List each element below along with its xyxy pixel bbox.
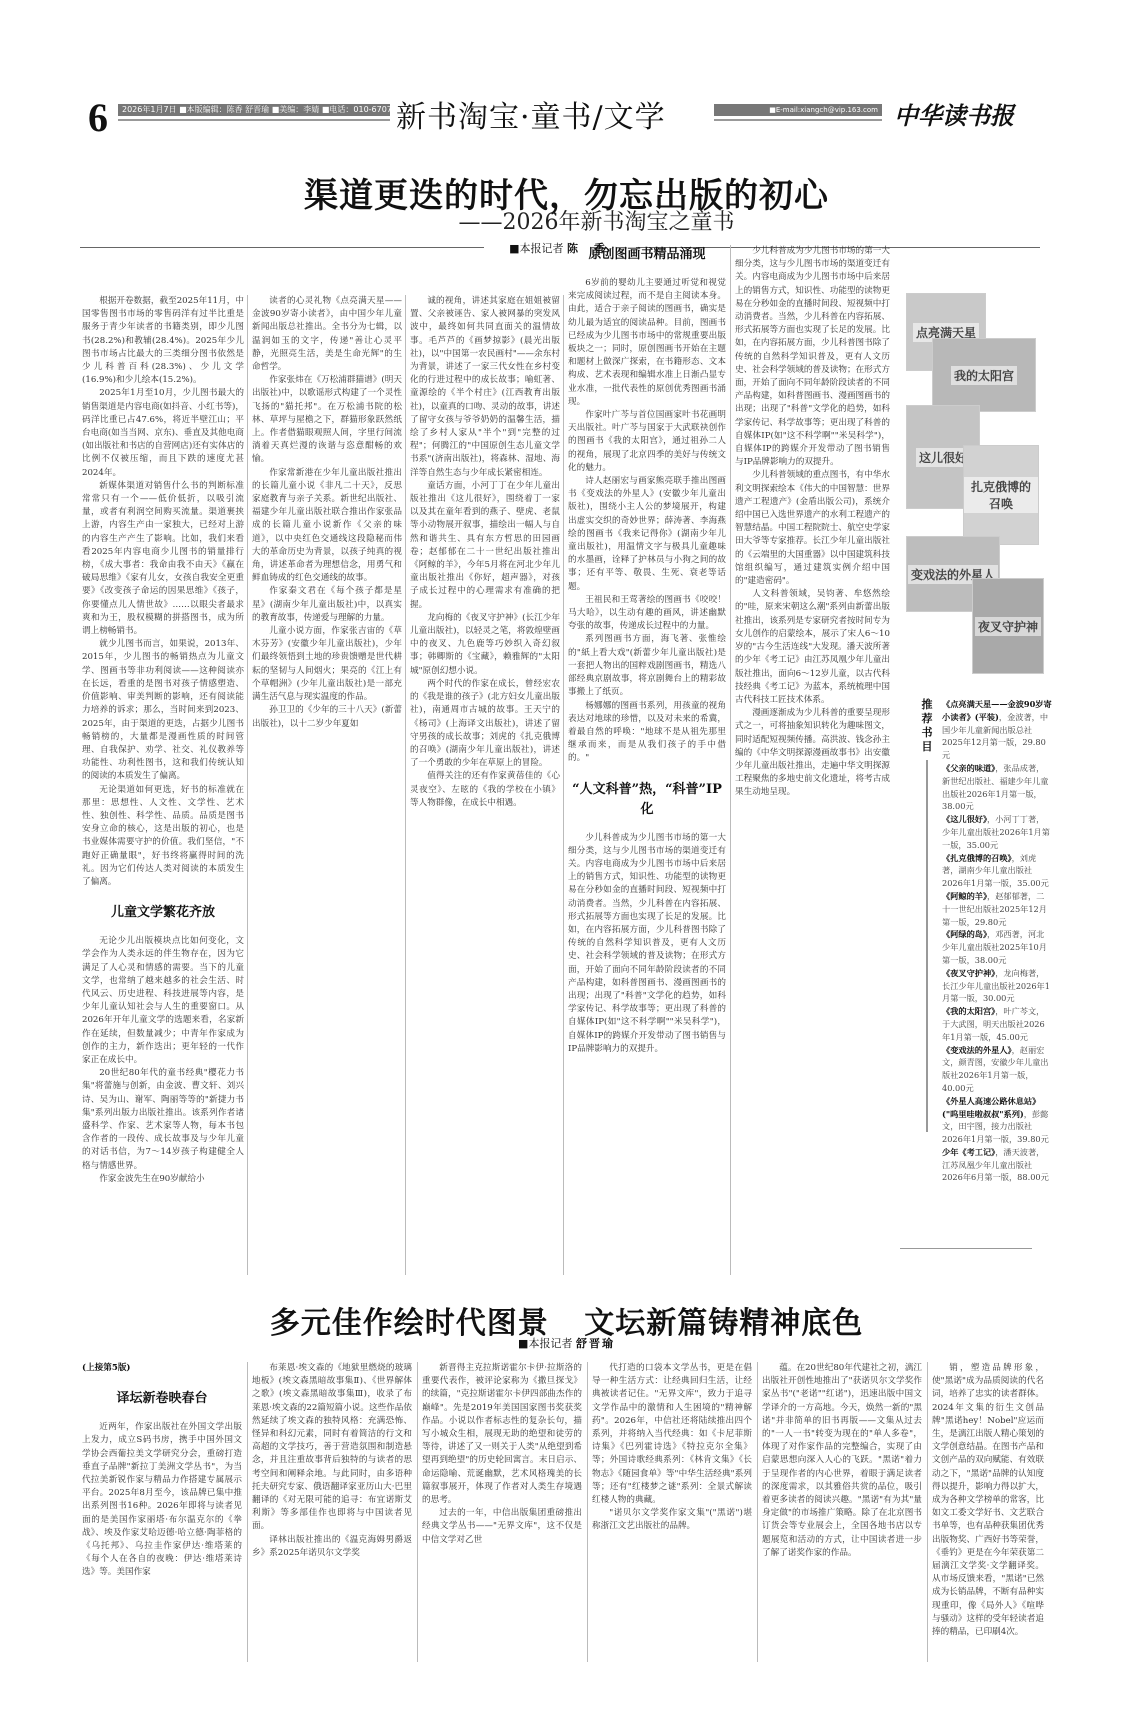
paragraph: 孙卫卫的《少年的三十八天》(新蕾出版社)，以十二岁少年夏如 bbox=[252, 704, 402, 730]
masthead: 6 2026年1月7日 ■本版编辑：陈香 舒晋瑜 ■美编：李婧 ■电话：010-… bbox=[88, 92, 1048, 138]
paragraph: 蕴。在20世纪80年代建社之初，漓江出版社开创性地推出了"获诺贝尔文学奖作家丛书… bbox=[762, 1362, 922, 1560]
paragraph: 少儿科普领域的重点图书，有中华水利文明探索绘本《伟大的中国智慧：世界遗产工程遗产… bbox=[735, 469, 890, 588]
paragraph: 读者的心灵礼物《点亮满天星——金波90岁寄小读者》，由中国少年儿童新闻出版总社推… bbox=[252, 295, 402, 374]
section-heading: 译坛新卷映春台 bbox=[82, 1389, 242, 1409]
article1-column-4: 原创图画书精品涌现 6岁前的婴幼儿主要通过听觉和视觉来完成阅读过程，而不是自主阅… bbox=[568, 245, 726, 1275]
paragraph: 作家金波先生在90岁献给小 bbox=[82, 1173, 244, 1186]
paragraph: 诚的视角，讲述其家庭在姐姐被留置、父亲被诬告、家人被网暴的突发风波中，最终如何共… bbox=[410, 295, 560, 480]
column-divider bbox=[927, 1362, 928, 1662]
paragraph: 代打造的口袋本文学丛书，更是在倡导一种生活方式：让经典回归生活，让经典被读者记住… bbox=[592, 1362, 752, 1507]
column-divider bbox=[730, 245, 731, 1275]
list-item: 《阿鲸的羊》，赵郁郁著，二十一世纪出版社2025年12月第一版，29.80元 bbox=[942, 890, 1052, 928]
column-divider bbox=[417, 1362, 418, 1662]
list-item: 《外星人高速公路休息站》("呜里哇啦叔叔"系列)，彭懿文，田宇图，接力出版社20… bbox=[942, 1095, 1052, 1146]
book-cover-image: 扎克俄博的召唤 bbox=[963, 445, 1039, 545]
continued-note: (上接第5版) bbox=[82, 1362, 242, 1375]
column-divider bbox=[757, 1362, 758, 1662]
book-cover-image: 夜叉守护神 bbox=[972, 578, 1044, 674]
article2-column-1: (上接第5版) 译坛新卷映春台 近两年，作家出版社在外国文学出版上发力，成立S码… bbox=[82, 1362, 242, 1662]
issue-info-bar: 2026年1月7日 ■本版编辑：陈香 舒晋瑜 ■美编：李婧 ■电话：010-67… bbox=[118, 104, 390, 116]
list-item: 《点亮满天星——金波90岁寄小读者》(平装)，金波著，中国少年儿童新闻出版总社2… bbox=[942, 698, 1052, 762]
article1-column-2: 读者的心灵礼物《点亮满天星——金波90岁寄小读者》，由中国少年儿童新闻出版总社推… bbox=[252, 295, 402, 1275]
column-divider bbox=[247, 295, 248, 1275]
paragraph: 两个时代的作家在成长，曾经宏农的《我是谁的孩子》(北方妇女儿童出版社)，南通周市… bbox=[410, 678, 560, 770]
paragraph: 新媒体渠道对销售什么书的判断标准常常只有一个——低价低折，以吸引流量，或者有利润… bbox=[82, 480, 244, 638]
paragraph: 龙向梅的《夜叉守护神》(长江少年儿童出版社)，以轻灵之笔，将敦煌壁画中的夜叉、九… bbox=[410, 612, 560, 678]
section-heading: “人文科普”热，“科普”IP化 bbox=[568, 780, 726, 820]
paragraph: 儿童小说方面，作家张吉宙的《草木芬芳》(安徽少年儿童出版社)，少年们最终领悟到土… bbox=[252, 625, 402, 704]
paragraph: 过去的一年，中信出版集团重磅推出经典文学丛书——"无界文库"，这不仅是中信文学对… bbox=[422, 1507, 582, 1547]
paragraph: 王祖民和王莺著绘的图画书《咬咬！马大哈》，以生动有趣的画风，讲述幽默夸张的故事，… bbox=[568, 594, 726, 634]
article2-byline: ■本报记者 舒晋瑜 bbox=[0, 1335, 1133, 1351]
paragraph: 2025年1月至10月，少儿图书最大的销售渠道是内容电商(如抖音、小红书等)，码… bbox=[82, 387, 244, 479]
article2-column-5: 蕴。在20世纪80年代建社之初，漓江出版社开创性地推出了"获诺贝尔文学奖作家丛书… bbox=[762, 1362, 922, 1662]
list-item: 少年《考工记》，潘天波著，江苏凤凰少年儿童出版社2026年6月第一版，88.00… bbox=[942, 1146, 1052, 1184]
divider bbox=[714, 119, 882, 121]
byline-prefix: ■本报记者 bbox=[509, 242, 563, 255]
article1-column-3: 诚的视角，讲述其家庭在姐姐被留置、父亲被诬告、家人被网暴的突发风波中，最终如何共… bbox=[410, 295, 560, 1275]
article1-column-1: 根据开卷数据，截至2025年11月，中国零售图书市场的零售码洋有过半比重是服务于… bbox=[82, 295, 244, 1275]
paragraph: 少儿科普成为少儿图书市场的第一大细分类，这与少儿图书市场的渠道变迁有关。内容电商… bbox=[735, 245, 890, 469]
page-number: 6 bbox=[88, 94, 108, 141]
paragraph: 作家秦文君在《每个孩子都是星星》(湖南少年儿童出版社)中，以真实的教育故事，传递… bbox=[252, 585, 402, 625]
byline-author: 舒晋瑜 bbox=[576, 1337, 615, 1350]
divider bbox=[926, 760, 928, 1132]
paragraph: 近两年，作家出版社在外国文学出版上发力，成立S码书房，携手中国外国文学协会西葡拉… bbox=[82, 1421, 242, 1579]
section-title: 新书淘宝·童书/文学 bbox=[396, 92, 666, 136]
section-heading: 原创图画书精品涌现 bbox=[568, 245, 726, 265]
byline-prefix: ■本报记者 bbox=[518, 1337, 572, 1350]
paragraph: 作家张炜在《万松浦群猫谱》(明天出版社)中，以歌谣形式构建了一个灵性飞扬的"猫托… bbox=[252, 374, 402, 466]
column-divider bbox=[405, 295, 406, 1275]
recommended-books: 推荐书目 《点亮满天星——金波90岁寄小读者》(平装)，金波著，中国少年儿童新闻… bbox=[920, 698, 1038, 1134]
paragraph: 诗人赵丽宏与画家熊亮联手推出图画书《变戏法的外星人》(安徽少年儿童出版社)，围绕… bbox=[568, 475, 726, 594]
list-item: 《扎克俄博的召唤》，刘虎著，湖南少年儿童出版社2026年1月第一版，35.00元 bbox=[942, 852, 1052, 890]
email-bar: ■E-mail:xiangch@vip.163.com bbox=[714, 104, 882, 116]
column-divider bbox=[587, 1362, 588, 1662]
article2-column-2: 布莱恩·埃文森的《地狱里燃烧的玻璃地板》(埃文森黑暗故事集Ⅱ)、《世界解体之歌》… bbox=[252, 1362, 412, 1662]
paragraph: 杨娜娜的图画书系列，用孩童的视角表达对地球的珍惜，以及对未来的希冀，着最自然的呼… bbox=[568, 700, 726, 766]
recommend-label: 推荐书目 bbox=[920, 698, 934, 754]
paragraph: 20世纪80年代的童书经典"樱花力书集"将蕾施与创新，由金波、曹文轩、刘兴诗、吴… bbox=[82, 1067, 244, 1173]
paragraph: 系列图画书方面，海飞著、张惟绘的"紙上看大戏"(新蕾少年儿童出版社)是一套把人物… bbox=[568, 633, 726, 699]
paragraph: "诺贝尔文学奖作家文集"("黑诺")堪称浙江文艺出版社的品牌。 bbox=[592, 1507, 752, 1533]
list-item: 《阿绿的岛》，邓西著，河北少年儿童出版社2025年10月第一版，38.00元 bbox=[942, 928, 1052, 966]
column-divider bbox=[563, 295, 564, 1275]
paragraph: 6岁前的婴幼儿主要通过听觉和视觉来完成阅读过程，而不是自主阅读本身。由此，适合于… bbox=[568, 277, 726, 409]
paragraph: 作家叶广芩与首位国画家叶书花画明天出版社。叶广芩与国家于大武联袂创作的图画书《我… bbox=[568, 409, 726, 475]
list-item: 《这儿很好》，小河丁丁著，少年儿童出版社2026年1月第一版，35.00元 bbox=[942, 813, 1052, 851]
paragraph: 销，塑造品牌形象，使"黑诺"成为品质阅读的代名词，培养了忠实的读者群体。2024… bbox=[932, 1362, 1044, 1639]
list-item: 《夜叉守护神》，龙向梅著，长江少年儿童出版社2026年1月第一版，30.00元 bbox=[942, 967, 1052, 1005]
paragraph: 就少儿图书而言，如果说，2013年、2015年，少儿图书的畅销热点为儿童文学、图… bbox=[82, 638, 244, 783]
article1-column-5: 少儿科普成为少儿图书市场的第一大细分类，这与少儿图书市场的渠道变迁有关。内容电商… bbox=[735, 245, 890, 1275]
paragraph: 童话方面，小河丁丁在少年儿童出版社推出《这儿很好》，围绕着丁一家以及其在童年看到… bbox=[410, 480, 560, 612]
divider bbox=[118, 119, 390, 121]
article1-byline-row: ■本报记者 陈 香 bbox=[80, 240, 1040, 254]
book-covers-collage: 点亮满天星 我的太阳宫 这儿很好 扎克俄博的召唤 变戏法的外星人 夜叉守护神 bbox=[900, 293, 1050, 683]
book-cover-image: 我的太阳宫 bbox=[932, 338, 1036, 412]
paragraph: 少儿科普成为少儿图书市场的第一大细分类，这与少儿图书市场的渠道变迁有关。内容电商… bbox=[568, 832, 726, 1056]
article2-column-4: 代打造的口袋本文学丛书，更是在倡导一种生活方式：让经典回归生活，让经典被读者记住… bbox=[592, 1362, 752, 1662]
article1-subhead: ——2026年新书淘宝之童书 bbox=[0, 205, 1133, 236]
paragraph: 无论少儿出版模块点比如何变化，文学会作为人类永远的伴生物存在，因为它满足了人心灵… bbox=[82, 935, 244, 1067]
list-item: 《父亲的味道》，张品成著，新世纪出版社、福建少年儿童出版社2026年1月第一版，… bbox=[942, 762, 1052, 813]
list-item: 《我的太阳宫》，叶广芩文，于大武图，明天出版社2026年1月第一版，45.00元 bbox=[942, 1005, 1052, 1043]
paragraph: 根据开卷数据，截至2025年11月，中国零售图书市场的零售码洋有过半比重是服务于… bbox=[82, 295, 244, 387]
paragraph: 值得关注的还有作家黄蓓佳的《心灵夜空》、左昡的《我的学校在小镇》等人物群像，在成… bbox=[410, 770, 560, 810]
paragraph: 新晋得主克拉斯诺霍尔卡伊·拉斯洛的重要代表作，被评论家称为《撒旦探戈》的续篇，"… bbox=[422, 1362, 582, 1507]
paragraph: 布莱恩·埃文森的《地狱里燃烧的玻璃地板》(埃文森黑暗故事集Ⅱ)、《世界解体之歌》… bbox=[252, 1362, 412, 1534]
paragraph: 漫画逐渐成为少儿科普的重要呈现形式之一，可将抽象知识转化为趣味图文，同时适配短视… bbox=[735, 707, 890, 799]
paragraph: 译林出版社推出的《温克海姆男爵返乡》系2025年诺贝尔文学奖 bbox=[252, 1534, 412, 1560]
divider bbox=[900, 1248, 1032, 1249]
paragraph: 无论渠道如何更选，好书的标准就在那里：思想性、人文性、文学性、艺术性、独创性、科… bbox=[82, 784, 244, 890]
paragraph: 人文科普领域，吴钧著、牟悠然绘的"哇，原来宋朝这么潮"系列由新蕾出版社推出，该系… bbox=[735, 588, 890, 707]
article2-column-3: 新晋得主克拉斯诺霍尔卡伊·拉斯洛的重要代表作，被评论家称为《撒旦探戈》的续篇，"… bbox=[422, 1362, 582, 1662]
recommend-list: 《点亮满天星——金波90岁寄小读者》(平装)，金波著，中国少年儿童新闻出版总社2… bbox=[942, 698, 1052, 1184]
article1-byline: ■本报记者 陈 香 bbox=[80, 240, 1040, 256]
paragraph: 作家常新港在少年儿童出版社推出的长篇儿童小说《非凡二十天》，反思家庭教育与亲子关… bbox=[252, 467, 402, 586]
column-divider bbox=[247, 1362, 248, 1662]
article2-column-6: 销，塑造品牌形象，使"黑诺"成为品质阅读的代名词，培养了忠实的读者群体。2024… bbox=[932, 1362, 1044, 1662]
list-item: 《变戏法的外星人》，赵丽宏文，颜青图，安徽少年儿童出版社2026年1月第一版，4… bbox=[942, 1044, 1052, 1095]
section-heading: 儿童文学繁花齐放 bbox=[82, 903, 244, 923]
paper-logo: 中华读书报 bbox=[894, 96, 1014, 131]
